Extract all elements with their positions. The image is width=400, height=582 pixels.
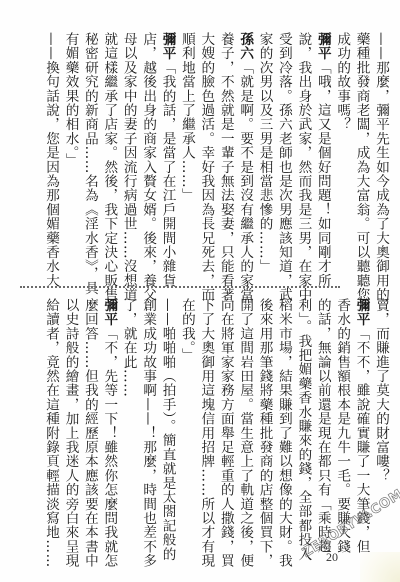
text-column: 母以及家中的妻子因流行病過世……沒想道: [118, 32, 137, 272]
text-column: 稻米市場，結果賺到了難以想像的大財。我: [274, 298, 293, 548]
column-text: 在的我。」: [179, 298, 195, 362]
column-text: ——換句話說，您是因為那個媚藥香水大: [43, 32, 59, 288]
column-text: 麼回答……但我的經歷原本應該要在本書中: [82, 298, 98, 568]
column-text: 「哦，這又是個好問題！如同剛才所: [315, 60, 331, 287]
column-text: 的話，無論以前還是現在都只有「乘時趨: [315, 298, 331, 554]
page-number: 20: [326, 550, 338, 565]
text-column: 了，就在此……: [118, 298, 137, 548]
text-column: 店，越後出身的商家入贅女婿。後來，養父: [138, 32, 157, 272]
column-text: ——那麼，彌平先生如今成為了大奧御用的: [373, 32, 389, 302]
column-text: 就這樣繼承了店家。然後，我下定決心販售: [101, 32, 117, 302]
text-column: 受到冷落。孫六老師也是次男應該知道，武: [274, 32, 293, 272]
column-text: 「我的話，是當了在江戶開間小雜貨: [160, 60, 176, 287]
text-column: 向在將軍家家務方面舉足輕重的人撒錢，買: [215, 298, 234, 548]
column-text: 了，就在此……: [121, 298, 137, 397]
column-text: 利」。我把媚藥香水賺來的錢，全部都投入: [295, 298, 311, 561]
column-text: 母以及家中的妻子因流行病過世……沒想道: [121, 32, 137, 302]
column-text: 「就是啊。要不是到沒有繼承人的家當: [237, 60, 253, 301]
speaker-name: 孫六: [237, 32, 253, 60]
column-text: 大嫂的臉色過活。幸好我因為長兄死去，而: [198, 32, 214, 302]
speaker-name: 彌平: [315, 32, 331, 60]
text-column: 的話，無論以前還是現在都只有「乘時趨: [312, 298, 331, 548]
column-text: 秘密研究的新商品……名為《淫水香》，具: [82, 32, 98, 295]
column-text: 香水的銷售額根本是九牛一毛。要賺大錢: [334, 298, 350, 554]
text-column: 家的次男以及三男是相當悲慘的……」: [254, 32, 273, 272]
column-text: 說，我出身於武家，然而我是三男，在家中: [295, 32, 311, 302]
column-text: 順利地當上了繼承人……」: [179, 32, 195, 202]
text-column: 香水的銷售額根本是九牛一毛。要賺大錢: [332, 298, 351, 548]
text-column: 養子，不然就是一輩子無法娶妻，只能看著: [215, 32, 234, 272]
text-column: ——啪啪啪（拍手）。簡直就是太閤記般的: [157, 298, 176, 548]
speaker-name: 彌平: [101, 298, 117, 326]
text-column: 以史詩般的繪畫，加上我迷人的旁白來呈現: [60, 298, 79, 548]
column-text: 店，越後出身的商家入贅女婿。後來，養父: [140, 32, 156, 302]
text-column: 給讀者，竟然在這種附錄頁輕描淡寫地……: [41, 298, 60, 548]
dialogue-column: 孫六「就是啊。要不是到沒有繼承人的家當: [235, 32, 254, 272]
bottom-text-block: 賣，而賺進了莫大的財富嘍？ 彌平「不不，雖說確實賺了一大筆錢，但 香水的銷售額根…: [41, 298, 390, 548]
column-text: 養子，不然就是一輩子無法娶妻，只能看著: [218, 32, 234, 302]
column-text: 成功的故事嗎？: [334, 32, 350, 131]
column-text: 向在將軍家家務方面舉足輕重的人撒錢，買: [218, 298, 234, 568]
dialogue-column: 彌平「不，先等一下！雖然你怎麼問我就怎: [99, 298, 118, 548]
column-text: 創業成功故事啊——！那麼，時間也差不多: [140, 298, 156, 568]
column-text: 受到冷落。孫六老師也是次男應該知道，武: [276, 32, 292, 302]
column-text: 「不，先等一下！雖然你怎麼問我就怎: [101, 326, 117, 567]
column-text: 有媚藥效果的相水。」: [63, 32, 79, 167]
text-column: 藥種批發商老闆，成為大富翁。可以聽聽您: [351, 32, 370, 272]
column-text: 稻米市場，結果賺到了難以想像的大財。我: [276, 298, 292, 568]
text-column: 利」。我把媚藥香水賺來的錢，全部都投入: [293, 298, 312, 548]
text-column: 創業成功故事啊——！那麼，時間也差不多: [138, 298, 157, 548]
text-column: 說，我出身於武家，然而我是三男，在家中: [293, 32, 312, 272]
text-column: 成功的故事嗎？: [332, 32, 351, 272]
column-text: 賣，而賺進了莫大的財富嘍？: [373, 298, 389, 483]
column-text: 以史詩般的繪畫，加上我迷人的旁白來呈現: [63, 298, 79, 568]
text-column: 在的我。」: [177, 298, 196, 548]
text-column: 開了這間岩田屋。當生意上了軌道之後，便: [235, 298, 254, 548]
column-text: ——啪啪啪（拍手）。簡直就是太閤記般的: [160, 298, 176, 561]
text-column: 秘密研究的新商品……名為《淫水香》，具: [80, 32, 99, 272]
speaker-name: 彌平: [160, 32, 176, 60]
text-column: 下了大奧御用這塊信用招牌……所以才有現: [196, 298, 215, 548]
speaker-name: 彌平: [354, 298, 370, 326]
dialogue-column: 彌平「我的話，是當了在江戶開間小雜貨: [157, 32, 176, 272]
page-corner-tint: [360, 552, 400, 582]
text-column: 順利地當上了繼承人……」: [177, 32, 196, 272]
text-column: ——換句話說，您是因為那個媚藥香水大: [41, 32, 60, 272]
column-text: 後來用那筆錢將藥種批發商的店整個買下，: [257, 298, 273, 568]
column-text: 藥種批發商老闆，成為大富翁。可以聽聽您: [354, 32, 370, 302]
text-column: 就這樣繼承了店家。然後，我下定決心販售: [99, 32, 118, 272]
text-column: 後來用那筆錢將藥種批發商的店整個買下，: [254, 298, 273, 548]
top-text-block: ——那麼，彌平先生如今成為了大奧御用的 藥種批發商老闆，成為大富翁。可以聽聽您 …: [41, 32, 390, 272]
column-text: 家的次男以及三男是相當悲慘的……」: [257, 32, 273, 273]
column-text: 開了這間岩田屋。當生意上了軌道之後，便: [237, 298, 253, 568]
text-column: ——那麼，彌平先生如今成為了大奧御用的: [371, 32, 390, 272]
dialogue-column: 彌平「哦，這又是個好問題！如同剛才所: [312, 32, 331, 272]
text-column: 有媚藥效果的相水。」: [60, 32, 79, 272]
dotted-separator: [20, 286, 340, 288]
column-text: 下了大奧御用這塊信用招牌……所以才有現: [198, 298, 214, 568]
column-text: 給讀者，竟然在這種附錄頁輕描淡寫地……: [43, 298, 59, 568]
text-column: 大嫂的臉色過活。幸好我因為長兄死去，而: [196, 32, 215, 272]
text-column: 麼回答……但我的經歷原本應該要在本書中: [80, 298, 99, 548]
book-page: ——那麼，彌平先生如今成為了大奧御用的 藥種批發商老闆，成為大富翁。可以聽聽您 …: [0, 0, 400, 582]
